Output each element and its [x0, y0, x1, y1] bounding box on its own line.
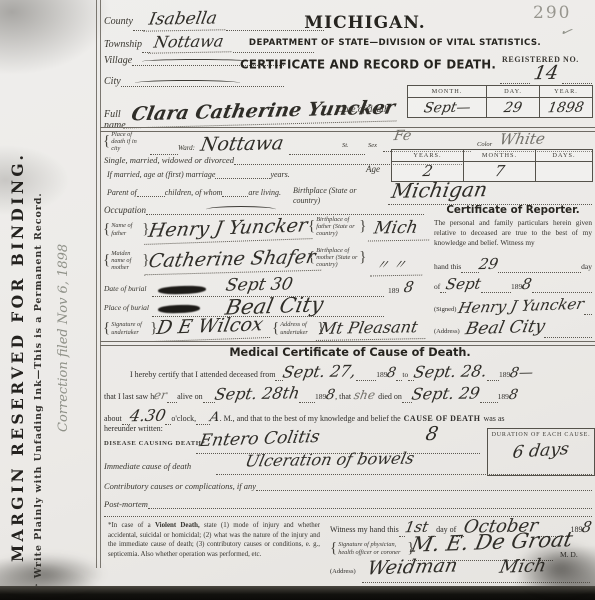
color-label: Color: [477, 141, 492, 148]
reporter-address-label: (Address): [434, 328, 460, 335]
st-label: St.: [342, 142, 349, 149]
sex-value: Fe: [393, 128, 413, 144]
mother-label-box: Maiden name of mother: [103, 250, 149, 272]
her-hand: er: [153, 388, 168, 402]
time-value: 4.30: [128, 406, 167, 426]
medical-title: Medical Certificate of Cause of Death.: [150, 346, 550, 359]
reporter-signed-label: (Signed): [434, 306, 456, 313]
burial-year-prefix: 189: [388, 286, 399, 295]
father-birthplace-value: Mich: [368, 217, 434, 241]
hereunder-label: hereunder written:: [104, 424, 163, 433]
physician-signature-label: Signature of physician, health officer o…: [338, 541, 406, 555]
date-of-death-label: Date of death: [337, 105, 389, 115]
scan-shadow-blob: [0, 554, 105, 594]
duration-value: 6 days: [511, 439, 570, 463]
duration-label: DURATION OF EACH CAUSE.: [488, 432, 594, 438]
parent-of-label: Parent of: [107, 188, 137, 197]
undertaker-address-value: Mt Pleasant: [316, 317, 430, 341]
attended-from-date: Sept. 27,: [282, 361, 358, 381]
sex-label: Sex: [368, 142, 377, 149]
death-certificate-scan: MARGIN RESERVED FOR BINDING. ☞ Write Pla…: [0, 0, 595, 600]
color-value: White: [498, 130, 546, 149]
violent-death-note: *In case of a Violent Death, state (1) m…: [108, 521, 320, 559]
physician-signature-label-box: Signature of physician, health officer o…: [330, 540, 414, 557]
am-text: . M., and that to the best of my knowled…: [220, 414, 401, 423]
reporter-signed-value: Henry J Yuncker: [454, 295, 586, 317]
reporter-hand-this-label: hand this: [434, 262, 461, 271]
burial-place-label: Place of burial: [104, 303, 149, 312]
mother-name-value: Catherine Shafer: [144, 246, 325, 276]
ink-scribble: [158, 304, 200, 313]
village-label: Village: [104, 55, 132, 66]
immediate-cause-value: Ulceration of bowels: [244, 449, 417, 471]
about-label: about: [104, 414, 122, 423]
she-hand: she: [350, 388, 380, 402]
birthplace-value: Michigan: [390, 177, 490, 203]
alive-date: Sept. 28th: [213, 383, 301, 403]
burial-date-label: Date of burial: [104, 284, 147, 293]
registered-no-value: 14: [528, 62, 564, 85]
mother-birthplace-label: Birthplace of mother (State or country): [316, 247, 358, 269]
reporter-body: The personal and family particulars here…: [434, 218, 592, 248]
reporter-day-label: day: [581, 262, 592, 271]
township-value: Nottawa: [148, 31, 235, 53]
undertaker-signature-value: D E Wilcox: [152, 313, 275, 342]
undertaker-address-label: Address of undertaker: [280, 321, 316, 335]
physician-address-town: Weidman: [366, 554, 460, 579]
age-days-header: DAYS.: [536, 150, 593, 162]
department-line: DEPARTMENT OF STATE—DIVISION OF VITAL ST…: [225, 38, 565, 48]
disease-causing-death-label: DISEASE CAUSING DEATH*: [104, 440, 205, 447]
city-label: City: [104, 76, 121, 87]
attended-to-date: Sept. 28.: [412, 361, 488, 381]
age-months-value: 7: [493, 162, 506, 180]
was-as-label: was as: [483, 414, 504, 423]
witness-pre-label: Witness my hand this: [330, 525, 399, 534]
day-header: DAY.: [487, 86, 540, 98]
occupation-label: Occupation: [104, 205, 146, 215]
margin-pencil-note: Correction filed Nov 6, 1898: [56, 244, 71, 432]
reporter-month-value: Sept: [445, 275, 483, 294]
form-left-border: [96, 0, 101, 568]
father-name-value: Henry J Yuncker: [144, 214, 317, 245]
age-months-header: MONTHS.: [464, 150, 536, 162]
age-years-header: YEARS.: [392, 150, 464, 162]
death-year-value: 1898: [547, 99, 586, 116]
ward-label: Ward:: [178, 144, 195, 152]
disease-value: Entero Colitis: [198, 427, 321, 451]
children-of-whom-label: children, of whom: [165, 188, 223, 197]
stray-ink-mark: 8: [424, 423, 440, 445]
father-label: Name of father: [111, 222, 141, 236]
reporter-day-value: 29: [478, 255, 500, 273]
county-value: Isabella: [143, 8, 229, 31]
year-header: YEAR.: [540, 86, 593, 98]
died-date: Sept. 29: [410, 383, 481, 403]
postmortem-label: Post-mortem: [104, 499, 148, 509]
father-birthplace-label-box: Birthplace of father (State or country): [308, 216, 366, 238]
duration-box: DURATION OF EACH CAUSE. 6 days: [487, 428, 595, 476]
mother-label: Maiden name of mother: [111, 250, 141, 272]
age-table: YEARS. MONTHS. DAYS. 2 7: [391, 149, 593, 182]
alive-on-label: alive on: [177, 392, 203, 401]
that-label: , that: [335, 392, 351, 401]
certificate-title: CERTIFICATE AND RECORD OF DEATH.: [228, 56, 508, 71]
burial-year-value: 8: [402, 278, 415, 296]
immediate-cause-label: Immediate cause of death: [104, 461, 191, 471]
attended-to-year: 8—: [509, 365, 535, 381]
certify-text: I hereby certify that I attended decease…: [130, 370, 275, 379]
father-birthplace-label: Birthplace of father (State or country): [316, 216, 358, 238]
marriage-age-label: If married, age at (first) marriage: [107, 170, 215, 179]
check-mark: ✓: [558, 22, 574, 41]
blank-stroke: [135, 80, 240, 86]
state-title: MICHIGAN.: [250, 13, 480, 33]
scan-shadow-blob: [515, 541, 595, 596]
birthplace-label: Birthplace (State or country): [293, 186, 385, 205]
dotted-blank: [216, 472, 592, 475]
county-label: County: [104, 16, 133, 27]
physician-address-label: (Address): [330, 568, 356, 575]
township-label: Township: [104, 39, 142, 50]
burial-date-value: Sept 30: [224, 274, 294, 295]
ward-value: Nottawa: [193, 132, 291, 156]
died-year: 8: [507, 387, 519, 403]
date-of-death-table: MONTH. DAY. YEAR. Sept— 29 1898: [407, 85, 593, 118]
mother-birthplace-label-box: Birthplace of mother (State or country): [308, 247, 366, 269]
marriage-years-label: years.: [270, 170, 289, 179]
witness-year-value: 8: [581, 518, 594, 536]
are-living-label: are living.: [248, 188, 281, 197]
reporter-title: Certificate of Reporter.: [433, 204, 593, 216]
place-of-death-label-box: Place of death if in city: [103, 131, 145, 153]
cause-of-death-caps: CAUSE OF DEATH: [401, 414, 484, 423]
death-month-value: Sept—: [422, 99, 471, 116]
place-of-death-label: Place of death if in city: [111, 131, 145, 153]
contributory-label: Contributory causes or complications, if…: [104, 481, 256, 491]
last-saw-text: that I last saw h: [104, 392, 154, 401]
age-label: Age: [366, 164, 380, 174]
blank-stroke: [206, 206, 276, 213]
violent-note-bold: Violent Death,: [155, 522, 200, 529]
margin-write-plainly-text: ☞ Write Plainly with Unfading Ink—This i…: [33, 192, 44, 592]
page-number-stamp: 290: [533, 3, 571, 23]
mother-birthplace-value: 〃 〃: [370, 254, 426, 277]
month-header: MONTH.: [408, 86, 487, 98]
undertaker-signature-label-box: Signature of undertaker: [103, 320, 157, 337]
violent-note-pre: *In case of a: [108, 522, 155, 529]
oclock-label: o'clock,: [171, 414, 196, 423]
reporter-address-value: Beal City: [457, 317, 546, 340]
father-label-box: Name of father: [103, 221, 149, 238]
undertaker-signature-label: Signature of undertaker: [111, 321, 149, 335]
died-on-label: died on: [378, 392, 402, 401]
death-day-value: 29: [503, 99, 524, 115]
marital-status-label: Single, married, widowed or divorced: [104, 155, 234, 165]
margin-binding-text: MARGIN RESERVED FOR BINDING.: [8, 152, 27, 562]
